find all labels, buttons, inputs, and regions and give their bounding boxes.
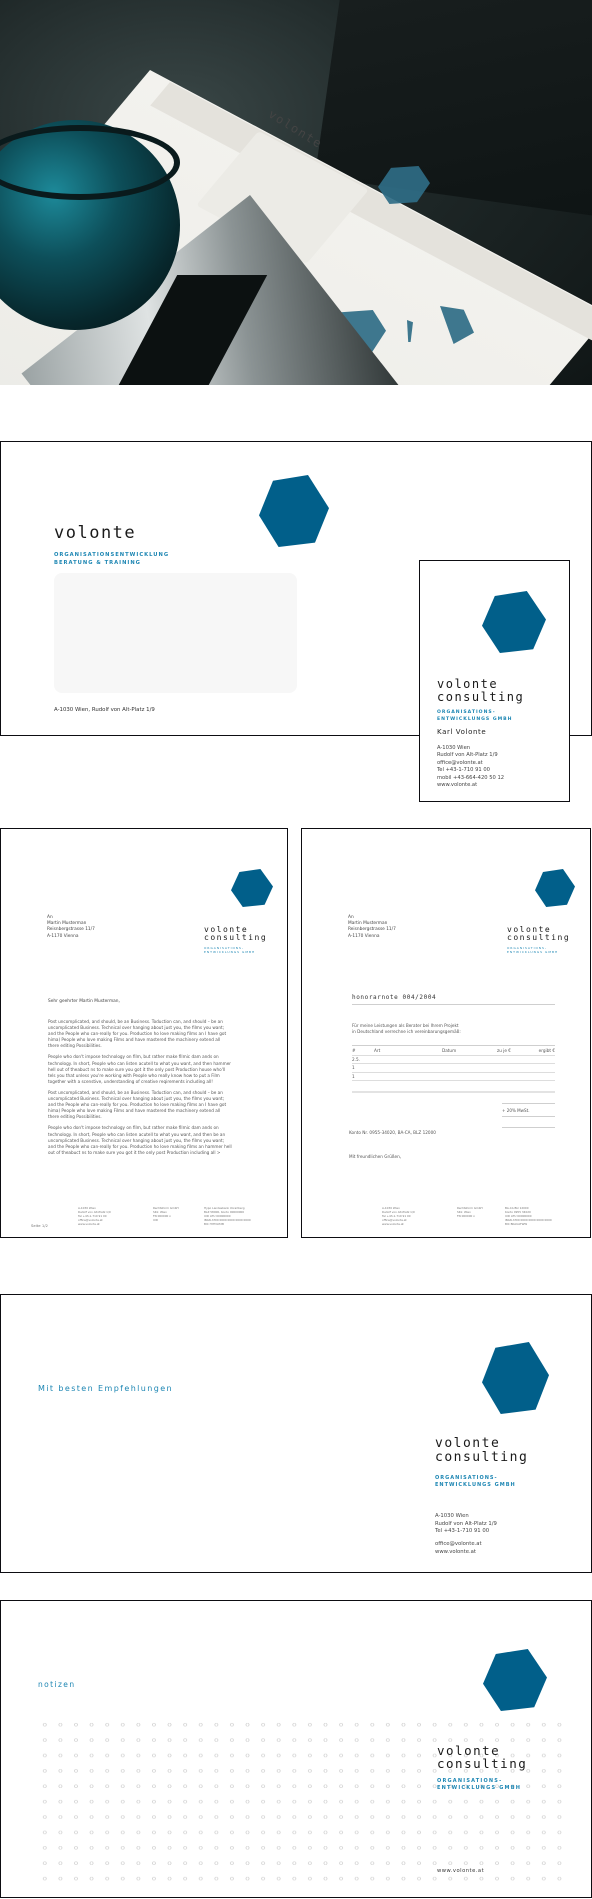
- card-tagline-line-1: ORGANISATIONS-: [437, 710, 513, 717]
- letterhead: An Martin Musterman Reisnbergstrasse 11/…: [0, 828, 288, 1238]
- table-header: # Art Datum zu je € ergibt €: [352, 1047, 555, 1056]
- invoice-recipient: An Martin Musterman Reisnbergstrasse 11/…: [348, 915, 396, 940]
- card-tagline-line-2: ENTWICKLUNGS GMBH: [437, 717, 513, 724]
- letter-footer-address: A-1030 Wien Rudolf von Alt-Platz 1/9 Tel…: [78, 1206, 138, 1226]
- stationery-photo: volonte: [0, 0, 592, 385]
- invoice-wordmark: volonte consulting: [507, 926, 570, 943]
- invoice-intro: Für meine Leistungen als Berater bei Ihr…: [352, 1023, 461, 1035]
- total-line: [502, 1127, 555, 1128]
- card-contact-phone: Tel +43-1-710 91 00: [437, 767, 504, 774]
- invoice-footer-bank: BA-CA Blz 12000 Konto 0955 34020 UID ATU…: [505, 1206, 580, 1226]
- card-tagline: ORGANISATIONS- ENTWICKLUNGS GMBH: [437, 710, 513, 723]
- hexagon-logo-icon: [483, 1649, 547, 1711]
- card-wordmark-line-2: consulting: [437, 691, 524, 704]
- notes-title: notizen: [38, 1680, 75, 1691]
- invoice-vat: + 20% MwSt.: [502, 1108, 530, 1114]
- card-contact-city: A-1030 Wien: [437, 745, 504, 752]
- card-contact-street: Rudolf von Alt-Platz 1/9: [437, 752, 504, 759]
- envelope-tagline-line-1: ORGANISATIONSENTWICKLUNG: [54, 552, 169, 560]
- card-wordmark: volonte consulting: [437, 678, 524, 703]
- slip-address: A-1030 Wien Rudolf von Alt-Platz 1/9 Tel…: [435, 1513, 497, 1536]
- invoice-wordmark-line-2: consulting: [507, 934, 570, 942]
- footer-line: UID: [153, 1218, 198, 1222]
- invoice-table: # Art Datum zu je € ergibt € 2.5. 1 1: [352, 1047, 555, 1081]
- table-cell: 2.5.: [352, 1057, 374, 1062]
- table-cell: 1: [352, 1074, 374, 1079]
- invoice-title: honorarnote 004/2004: [352, 995, 436, 1001]
- slip-email: office@volonte.at: [435, 1541, 482, 1549]
- letter-salutation: Sehr geehrter Martin Musterman,: [48, 999, 120, 1005]
- letter-paragraph: Post uncomplicated, and should, be an Bu…: [48, 1090, 232, 1120]
- letter-recipient: An Martin Musterman Reisnbergstrasse 11/…: [47, 915, 95, 940]
- slip-greeting: Mit besten Empfehlungen: [38, 1383, 173, 1395]
- notes-wordmark: volonte consulting: [437, 1744, 527, 1770]
- slip-address-line: A-1030 Wien: [435, 1513, 497, 1521]
- intro-line: in Deutschland verrechne ich vereinbarun…: [352, 1029, 461, 1035]
- card-contact: A-1030 Wien Rudolf von Alt-Platz 1/9 off…: [437, 745, 504, 789]
- column-header: #: [352, 1048, 374, 1053]
- letter-paragraph: People who don't impose technology on fi…: [48, 1054, 232, 1084]
- letter-body: Post uncomplicated, and should, be an Bu…: [48, 1019, 232, 1156]
- notes-pad: notizen volonte consulting ORGANISATIONS…: [0, 1600, 592, 1898]
- invoice-tagline: ORGANISATIONS- ENTWICKLUNGS GMBH: [507, 946, 558, 955]
- business-card: volonte consulting ORGANISATIONS- ENTWIC…: [419, 560, 570, 802]
- letter-wordmark-line-2: consulting: [204, 934, 267, 942]
- letter-tagline-line-2: ENTWICKLUNGS GMBH: [204, 950, 255, 954]
- column-header: Datum: [442, 1048, 497, 1053]
- card-contact-web: www.volonte.at: [437, 782, 504, 789]
- hexagon-logo-icon: [482, 1342, 549, 1414]
- table-cell: 1: [352, 1065, 374, 1070]
- column-header: Art: [374, 1048, 442, 1053]
- table-row: 1: [352, 1064, 555, 1073]
- slip-web: office@volonte.at www.volonte.at: [435, 1541, 482, 1556]
- hexagon-logo-icon: [535, 869, 575, 907]
- compliment-slip: Mit besten Empfehlungen volonte consulti…: [0, 1294, 592, 1573]
- subtotal-line: [352, 1091, 555, 1093]
- envelope-tagline: ORGANISATIONSENTWICKLUNG BERATUNG & TRAI…: [54, 552, 169, 567]
- envelope-wordmark: volonte: [54, 525, 136, 543]
- footer-line: BIC HYPVAT2B: [204, 1222, 279, 1226]
- table-row: 1: [352, 1073, 555, 1082]
- invoice: An Martin Musterman Reisnbergstrasse 11/…: [301, 828, 591, 1238]
- column-header: ergibt €: [529, 1048, 555, 1053]
- card-contact-email: office@volonte.at: [437, 760, 504, 767]
- footer-line: BIC BKAUATWW: [505, 1222, 580, 1226]
- vat-line-top: [502, 1103, 555, 1104]
- invoice-footer-address: A-1030 Wien Rudolf von Alt-Platz 1/9 Tel…: [382, 1206, 442, 1226]
- letter-page-number: Seite 1/2: [31, 1223, 48, 1228]
- table-row: 2.5.: [352, 1056, 555, 1065]
- recipient-line: Reisnbergstrasse 11/7: [348, 927, 396, 933]
- notes-wordmark-line-2: consulting: [437, 1757, 527, 1770]
- hexagon-logo-icon: [482, 591, 546, 653]
- slip-wordmark-line-1: volonte: [435, 1437, 528, 1451]
- letter-footer-legal: Rechtsform GmbH Sitz: Wien FN 000000 x U…: [153, 1206, 198, 1222]
- envelope-address-window: [54, 573, 297, 693]
- envelope-tagline-line-2: BERATUNG & TRAINING: [54, 560, 169, 568]
- slip-wordmark: volonte consulting: [435, 1437, 528, 1464]
- hexagon-logo-icon: [259, 475, 329, 547]
- slip-tagline: ORGANISATIONS- ENTWICKLUNGS GMBH: [435, 1475, 516, 1490]
- letter-paragraph: Post uncomplicated, and should, be an Bu…: [48, 1019, 232, 1049]
- letter-wordmark: volonte consulting: [204, 926, 267, 943]
- recipient-line: A-1170 Vienna: [348, 934, 396, 940]
- recipient-line: Reisnbergstrasse 11/7: [47, 927, 95, 933]
- letter-footer-bank: Hypo Landesbank Vorarlberg BLZ 58000, Ko…: [204, 1206, 279, 1226]
- slip-address-line: Rudolf von Alt-Platz 1/9: [435, 1521, 497, 1529]
- vat-line-bottom: [502, 1116, 555, 1117]
- notes-tagline-line-1: ORGANISATIONS-: [437, 1778, 521, 1785]
- divider: [352, 1045, 555, 1046]
- card-wordmark-line-1: volonte: [437, 678, 524, 691]
- column-header: zu je €: [497, 1048, 529, 1053]
- letter-paragraph: People who don't impose technology on fi…: [48, 1125, 232, 1155]
- slip-tagline-line-1: ORGANISATIONS-: [435, 1475, 516, 1482]
- footer-line: www.volonte.at: [78, 1222, 138, 1226]
- invoice-account: Konto Nr. 0955-34020, BA-CA, BLZ 12000: [349, 1130, 436, 1136]
- notes-tagline-line-2: ENTWICKLUNGS GMBH: [437, 1785, 521, 1792]
- slip-address-line: Tel +43-1-710 91 00: [435, 1528, 497, 1536]
- slip-tagline-line-2: ENTWICKLUNGS GMBH: [435, 1482, 516, 1489]
- notes-website: www.volonte.at: [437, 1868, 484, 1875]
- notes-tagline: ORGANISATIONS- ENTWICKLUNGS GMBH: [437, 1778, 521, 1793]
- divider: [352, 1004, 555, 1005]
- dot-grid: [37, 1717, 562, 1882]
- letter-tagline: ORGANISATIONS- ENTWICKLUNGS GMBH: [204, 946, 255, 955]
- slip-website: www.volonte.at: [435, 1549, 482, 1557]
- card-contact-mobile: mobil +43-664-420 50 12: [437, 775, 504, 782]
- hexagon-logo-icon: [231, 869, 273, 907]
- invoice-footer-legal: Rechtsform GmbH Sitz: Wien FN 000000 x: [457, 1206, 502, 1218]
- slip-wordmark-line-2: consulting: [435, 1451, 528, 1465]
- recipient-line: A-1170 Vienna: [47, 934, 95, 940]
- envelope-return-address: A-1030 Wien, Rudolf von Alt-Platz 1/9: [54, 707, 155, 714]
- invoice-tagline-line-2: ENTWICKLUNGS GMBH: [507, 950, 558, 954]
- footer-line: www.volonte.at: [382, 1222, 442, 1226]
- invoice-closing: Mit freundlichen Grüßen,: [349, 1154, 401, 1160]
- card-person-name: Karl Volonte: [437, 728, 486, 737]
- footer-line: FN 000000 x: [457, 1214, 502, 1218]
